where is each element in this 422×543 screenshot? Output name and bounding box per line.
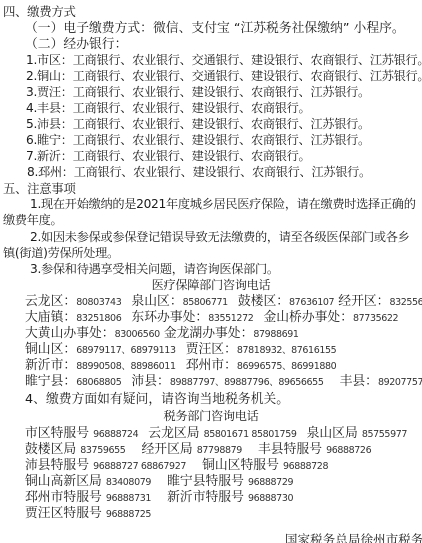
contact-phone: 85806771 [183, 297, 228, 308]
bank-list-item: 5.沛县：工商银行、农业银行、建设银行、农商银行、江苏银行。 [26, 117, 370, 132]
contact-name: 丰县： [340, 374, 378, 389]
tax-contact-row: 沛县特服号 96888727 68867927 铜山区特服号 96888728 [25, 458, 328, 474]
contact-phone: 68068805 [76, 377, 121, 388]
contact-name: 经开区： [338, 294, 389, 309]
contact-phone: 96888727 68867927 [93, 461, 186, 472]
note-3: 3.参保和待遇享受相关问题，请咨询医保部门。 [30, 262, 279, 277]
contact-phone: 96888728 [283, 461, 328, 472]
tax-contact-row: 邳州市特服号 96888731 新沂市特服号 96888730 [25, 490, 293, 506]
contact-phone: 83408079 [106, 477, 151, 488]
tax-contact-row: 鼓楼区局 83759655 经开区局 87798879 丰县特服号 968887… [25, 442, 371, 458]
banks-title: （二）经办银行： [25, 37, 127, 52]
tax-contact-row: 铜山高新区局 83408079 睢宁县特服号 96888729 [25, 474, 293, 490]
medical-contact-row: 大黄山办事处：83006560 金龙湖办事处：87988691 [25, 326, 299, 342]
bank-list-item: 2.铜山：工商银行、农业银行、交通银行、建设银行、农商银行、江苏银行。 [26, 69, 422, 84]
note-1-continued: 缴费年度。 [3, 213, 62, 228]
contact-phone: 85755977 [362, 429, 407, 440]
contact-name: 铜山高新区局 [25, 474, 102, 489]
contact-name: 鼓楼区局 [25, 442, 76, 457]
contact-phone: 87636107 [289, 297, 334, 308]
contact-name: 睢宁县： [25, 374, 76, 389]
contact-phone: 96888725 [106, 509, 151, 520]
bank-list-item: 8.邳州：工商银行、农业银行、建设银行、农商银行、江苏银行。 [27, 165, 371, 180]
notice-document: 四、缴费方式 （一）电子缴费方式：微信、支付宝 “江苏税务社保缴纳” 小程序。 … [0, 0, 422, 543]
contact-name: 铜山区： [25, 342, 76, 357]
contact-name: 大黄山办事处： [25, 326, 115, 341]
contact-phone: 96888726 [326, 445, 371, 456]
contact-phone: 89207757 [378, 377, 422, 388]
medical-contact-row: 大庙镇：83251806 东环办事处：83551272 金山桥办事处：87735… [25, 310, 398, 326]
contact-phone: 96888730 [248, 493, 293, 504]
electronic-payment-method: （一）电子缴费方式：微信、支付宝 “江苏税务社保缴纳” 小程序。 [25, 21, 405, 36]
bank-list-item: 6.睢宁：工商银行、农业银行、建设银行、农商银行、江苏银行。 [26, 133, 370, 148]
issuer-signature: 国家税务总局徐州市税务局 [285, 532, 422, 543]
contact-name: 沛县特服号 [25, 458, 89, 473]
contact-phone: 87735622 [353, 313, 398, 324]
contact-name: 市区特服号 [25, 426, 89, 441]
contact-name: 新沂市： [25, 358, 76, 373]
contact-phone: 83255630 [389, 297, 422, 308]
contact-phone: 83759655 [80, 445, 125, 456]
tax-note: 4、缴费方面如有疑问，请咨询当地税务机关。 [25, 392, 289, 407]
contact-name: 东环办事处： [131, 310, 208, 325]
contact-name: 云龙区局 [148, 426, 199, 441]
contact-name: 邳州市特服号 [25, 490, 102, 505]
medical-contact-row: 睢宁县：68068805 沛县：89887797、89887796、896566… [25, 374, 422, 390]
tax-contact-row: 市区特服号 96888724 云龙区局 85801671 85801759 泉山… [25, 426, 407, 442]
tax-contact-row: 贾汪区特服号 96888725 [25, 506, 151, 522]
medical-contact-row: 新沂市：88990508、88986011 邳州市：86996575、86991… [25, 358, 336, 374]
contact-phone: 86996575、86991880 [237, 361, 336, 372]
contact-name: 金龙湖办事处： [164, 326, 254, 341]
contact-phone: 89887797、89887796、89656655 [170, 377, 324, 388]
contact-name: 贾汪区特服号 [25, 506, 102, 521]
contact-name: 新沂市特服号 [167, 490, 244, 505]
medical-contact-row: 云龙区：80803743 泉山区：85806771 鼓楼区：87636107 经… [25, 294, 422, 310]
note-2: 2.如因未参保或参保登记错误导致无法缴费的，请至各级医保部门或各乡 [30, 230, 410, 245]
contact-name: 贾汪区： [186, 342, 237, 357]
contact-name: 沛县： [131, 374, 169, 389]
contact-phone: 83251806 [76, 313, 121, 324]
contact-phone: 87798879 [197, 445, 242, 456]
contact-phone: 83006560 [115, 329, 160, 340]
contact-name: 泉山区： [131, 294, 182, 309]
section-5-title: 五、注意事项 [3, 181, 76, 196]
contact-name: 丰县特服号 [258, 442, 322, 457]
contact-name: 金山桥办事处： [263, 310, 353, 325]
contact-phone: 85801671 85801759 [204, 429, 297, 440]
bank-list-item: 7.新沂：工商银行、农业银行、建设银行、农商银行。 [26, 149, 310, 164]
note-2-continued: 镇(街道)劳保所处理。 [3, 246, 119, 261]
contact-name: 大庙镇： [25, 310, 76, 325]
bank-list-item: 1.市区：工商银行、农业银行、交通银行、建设银行、农商银行、江苏银行。 [26, 53, 422, 68]
contact-phone: 87818932、87616155 [237, 345, 336, 356]
contact-name: 经开区局 [142, 442, 193, 457]
contact-name: 邳州市： [186, 358, 237, 373]
contact-phone: 88990508、88986011 [76, 361, 175, 372]
bank-list-item: 3.贾汪：工商银行、农业银行、建设银行、农商银行、江苏银行。 [26, 85, 370, 100]
contact-phone: 96888724 [93, 429, 138, 440]
contact-phone: 83551272 [208, 313, 253, 324]
contact-name: 睢宁县特服号 [167, 474, 244, 489]
medical-contact-row: 铜山区：68979117、68979113 贾汪区：87818932、87616… [25, 342, 336, 358]
section-4-title: 四、缴费方式 [3, 4, 76, 19]
contact-phone: 96888731 [106, 493, 151, 504]
contact-phone: 96888729 [248, 477, 293, 488]
contact-phone: 80803743 [76, 297, 121, 308]
note-1: 1.现在开始缴纳的是2021年度城乡居民医疗保险，请在缴费时选择正确的 [30, 197, 416, 212]
contact-name: 鼓楼区： [238, 294, 289, 309]
contact-name: 铜山区特服号 [202, 458, 279, 473]
bank-list-item: 4.丰县：工商银行、农业银行、建设银行、农商银行。 [26, 101, 310, 116]
tax-contacts-title: 税务部门咨询电话 [0, 409, 422, 424]
contact-phone: 68979117、68979113 [76, 345, 175, 356]
contact-name: 云龙区： [25, 294, 76, 309]
contact-phone: 87988691 [253, 329, 298, 340]
medical-contacts-title: 医疗保障部门咨询电话 [0, 278, 422, 293]
contact-name: 泉山区局 [307, 426, 358, 441]
